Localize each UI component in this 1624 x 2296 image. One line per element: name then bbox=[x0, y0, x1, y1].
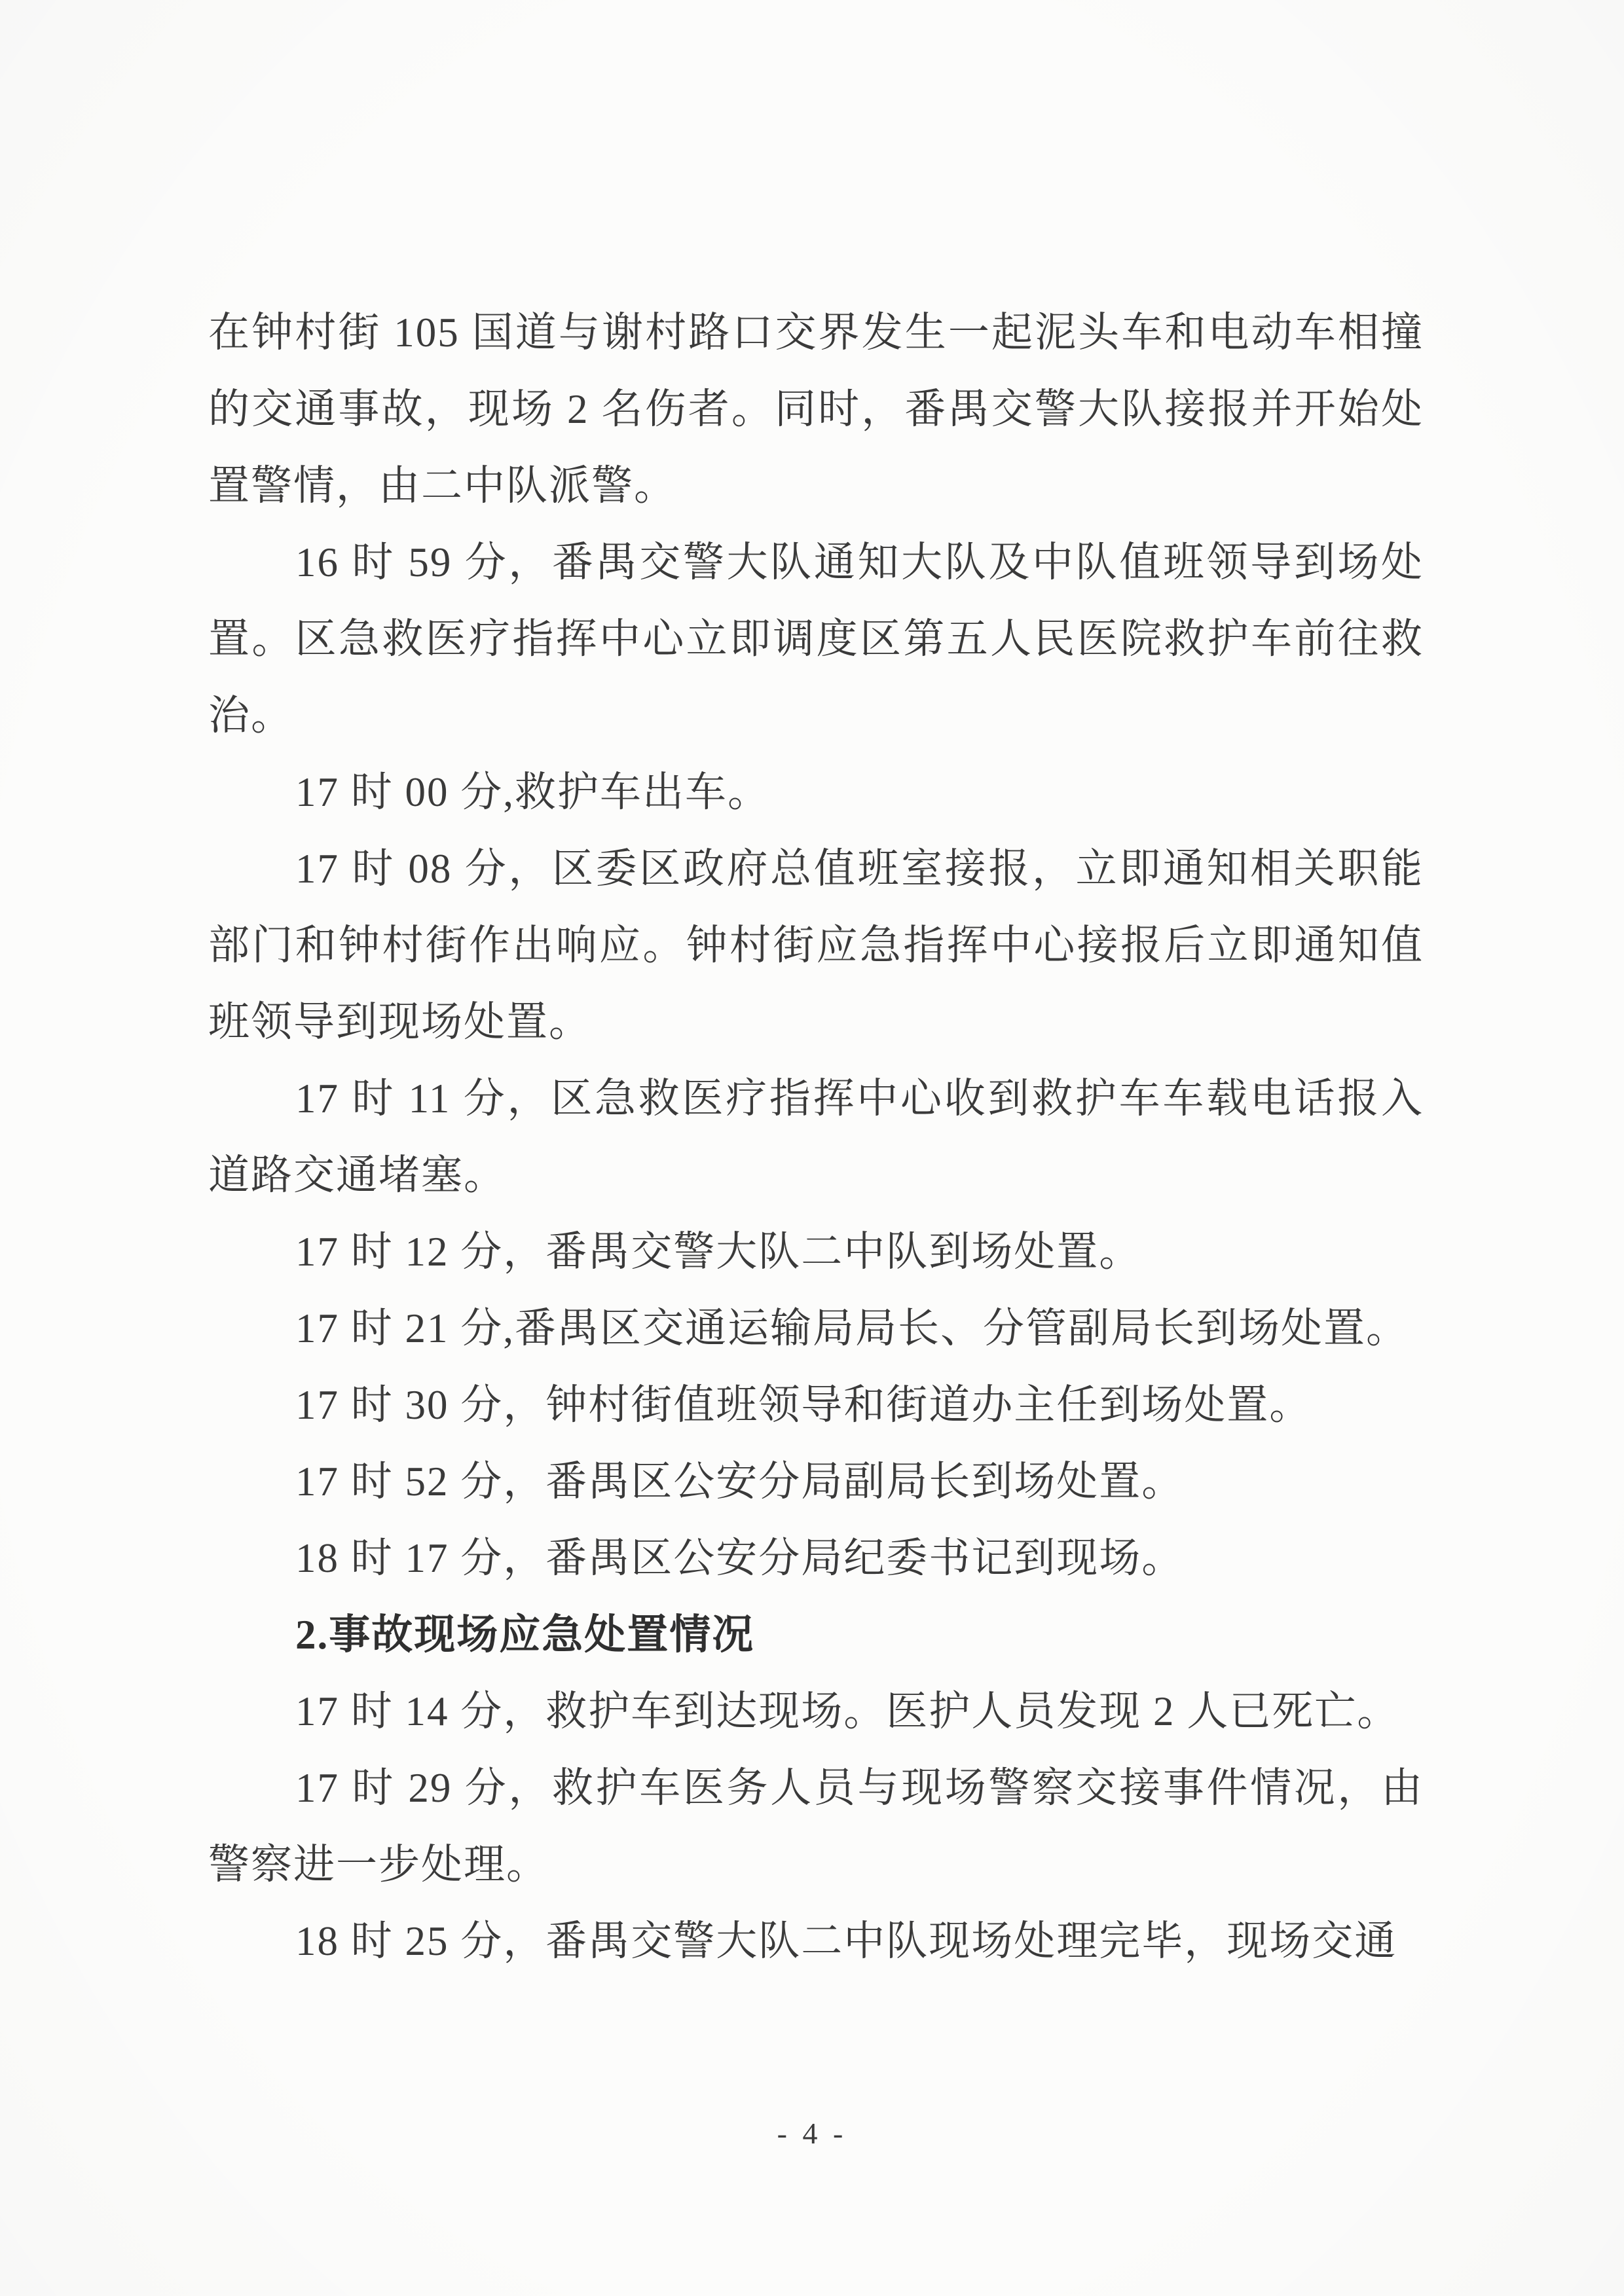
page-number: - 4 - bbox=[777, 2117, 847, 2150]
document-body: 在钟村街 105 国道与谢村路口交界发生一起泥头车和电动车相撞的交通事故，现场 … bbox=[208, 295, 1424, 1980]
section-heading: 2.事故现场应急处置情况 bbox=[208, 1597, 1424, 1673]
paragraph: 16 时 59 分，番禺交警大队通知大队及中队值班领导到场处置。区急救医疗指挥中… bbox=[208, 524, 1424, 754]
paragraph: 17 时 11 分，区急救医疗指挥中心收到救护车车载电话报入道路交通堵塞。 bbox=[208, 1061, 1424, 1214]
paragraph: 17 时 29 分，救护车医务人员与现场警察交接事件情况，由警察进一步处理。 bbox=[208, 1750, 1424, 1903]
paragraph: 17 时 52 分，番禺区公安分局副局长到场处置。 bbox=[208, 1444, 1424, 1520]
paragraph: 17 时 30 分，钟村街值班领导和街道办主任到场处置。 bbox=[208, 1367, 1424, 1444]
paragraph: 17 时 14 分，救护车到达现场。医护人员发现 2 人已死亡。 bbox=[208, 1673, 1424, 1750]
paragraph: 17 时 08 分，区委区政府总值班室接报，立即通知相关职能部门和钟村街作出响应… bbox=[208, 831, 1424, 1061]
paragraph: 在钟村街 105 国道与谢村路口交界发生一起泥头车和电动车相撞的交通事故，现场 … bbox=[208, 295, 1424, 524]
document-page: 在钟村街 105 国道与谢村路口交界发生一起泥头车和电动车相撞的交通事故，现场 … bbox=[0, 0, 1624, 2296]
paragraph: 17 时 21 分,番禺区交通运输局局长、分管副局长到场处置。 bbox=[208, 1290, 1424, 1367]
paragraph: 18 时 17 分，番禺区公安分局纪委书记到现场。 bbox=[208, 1520, 1424, 1597]
paragraph: 17 时 12 分，番禺交警大队二中队到场处置。 bbox=[208, 1214, 1424, 1290]
paragraph: 17 时 00 分,救护车出车。 bbox=[208, 754, 1424, 831]
page-footer: - 4 - bbox=[0, 2116, 1624, 2151]
paragraph: 18 时 25 分，番禺交警大队二中队现场处理完毕，现场交通 bbox=[208, 1903, 1424, 1980]
